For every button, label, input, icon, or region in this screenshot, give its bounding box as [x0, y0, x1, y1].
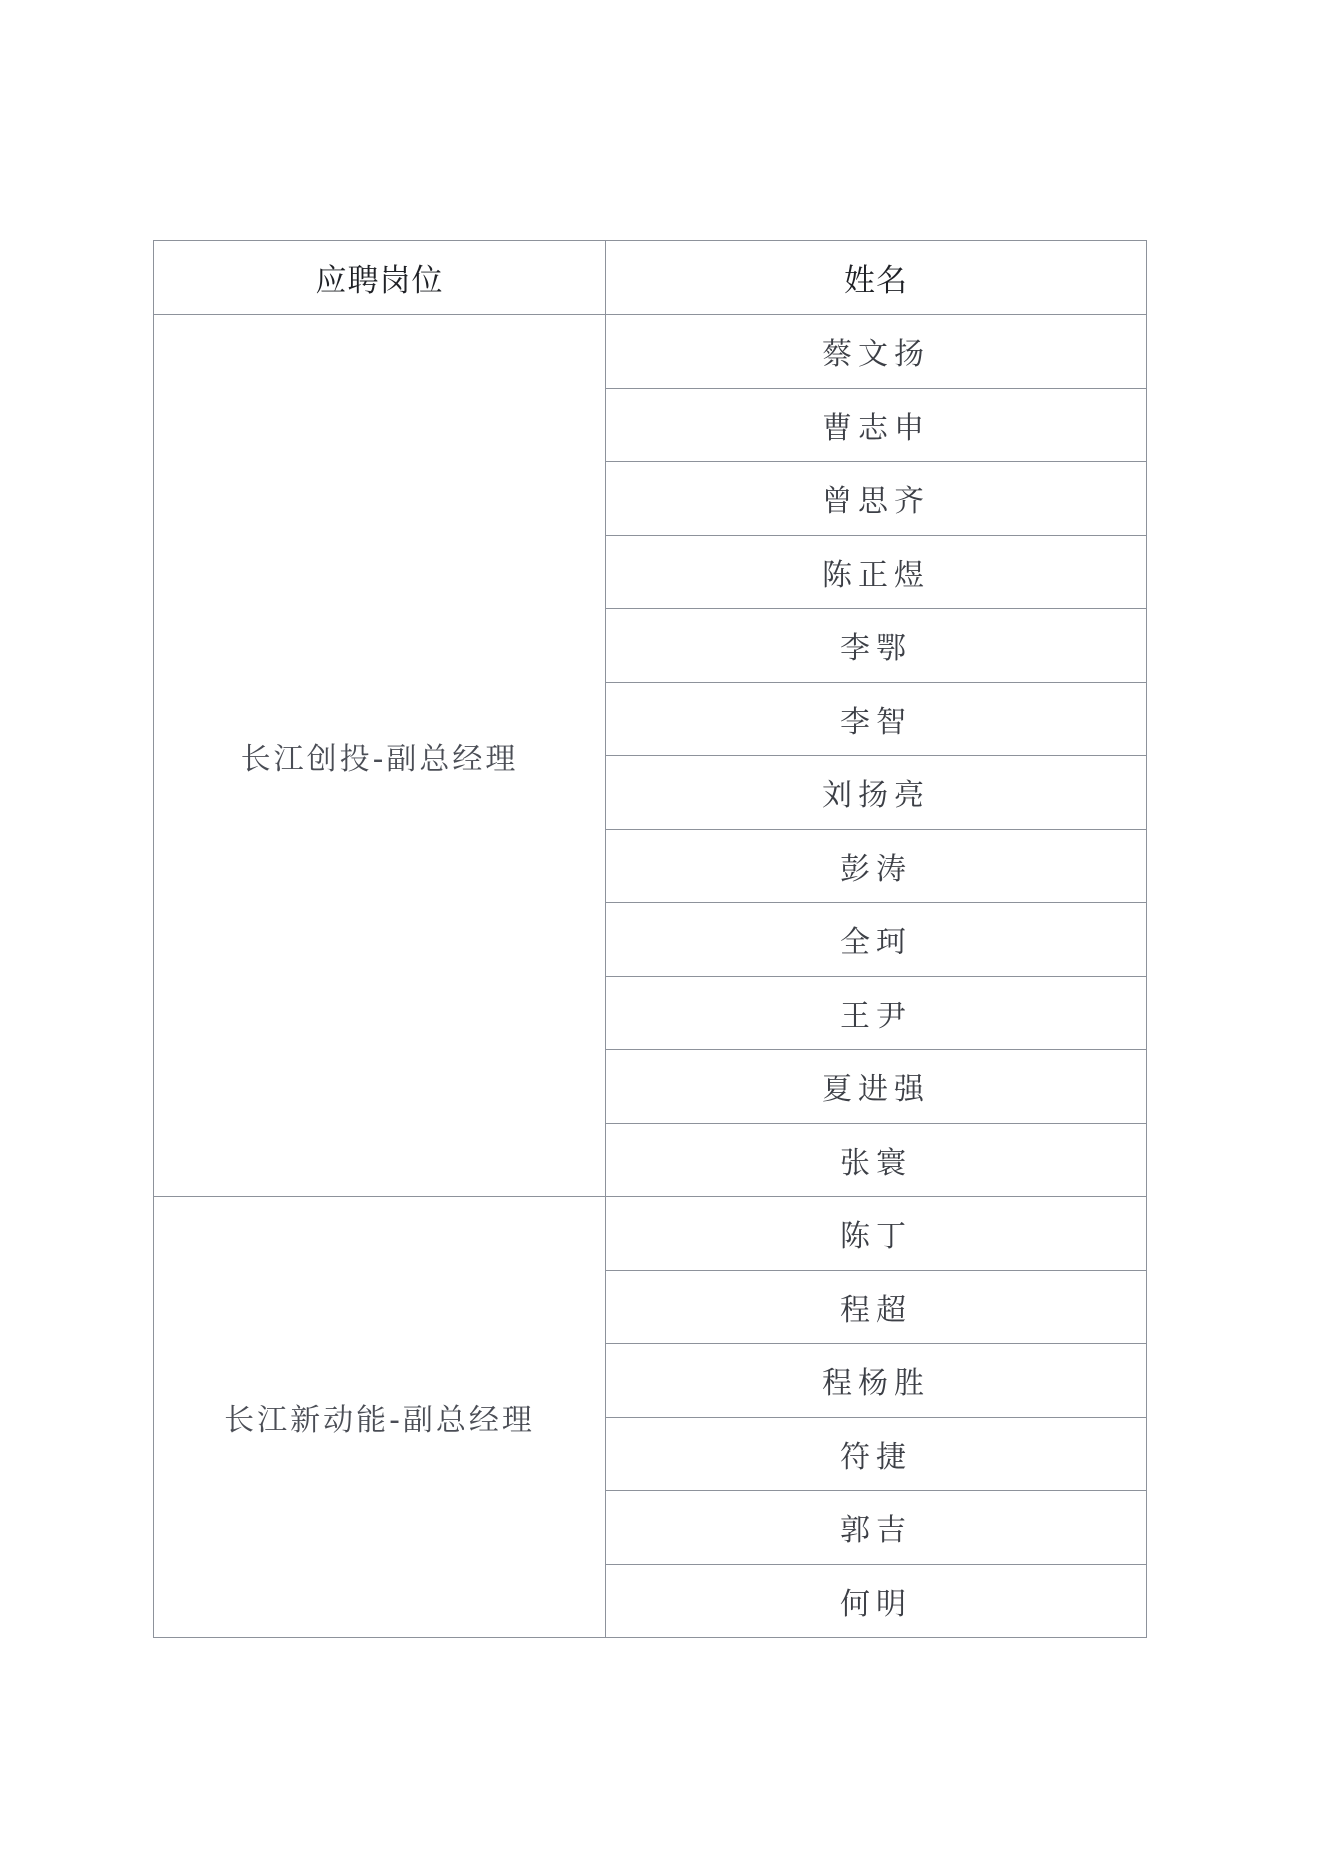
name-cell: 程超	[606, 1270, 1147, 1344]
name-cell: 李智	[606, 682, 1147, 756]
applicant-table: 应聘岗位 姓名 长江创投-副总经理 蔡文扬 曹志申 曾思齐 陈正煜 李鄂 李智 …	[153, 240, 1147, 1638]
name-cell: 王尹	[606, 976, 1147, 1050]
name-cell: 何明	[606, 1564, 1147, 1638]
name-cell: 夏进强	[606, 1050, 1147, 1124]
table-header-row: 应聘岗位 姓名	[154, 241, 1147, 315]
header-position: 应聘岗位	[154, 241, 606, 315]
position-cell: 长江创投-副总经理	[154, 315, 606, 1197]
document-page: 应聘岗位 姓名 长江创投-副总经理 蔡文扬 曹志申 曾思齐 陈正煜 李鄂 李智 …	[0, 0, 1322, 1871]
name-cell: 郭吉	[606, 1491, 1147, 1565]
name-cell: 符捷	[606, 1417, 1147, 1491]
position-cell: 长江新动能-副总经理	[154, 1197, 606, 1638]
name-cell: 曾思齐	[606, 462, 1147, 536]
name-cell: 曹志申	[606, 388, 1147, 462]
name-cell: 程杨胜	[606, 1344, 1147, 1418]
header-name: 姓名	[606, 241, 1147, 315]
table-row: 长江创投-副总经理 蔡文扬	[154, 315, 1147, 389]
name-cell: 蔡文扬	[606, 315, 1147, 389]
name-cell: 李鄂	[606, 609, 1147, 683]
name-cell: 陈正煜	[606, 535, 1147, 609]
name-cell: 张寰	[606, 1123, 1147, 1197]
table-row: 长江新动能-副总经理 陈丁	[154, 1197, 1147, 1271]
name-cell: 彭涛	[606, 829, 1147, 903]
name-cell: 陈丁	[606, 1197, 1147, 1271]
name-cell: 全珂	[606, 903, 1147, 977]
name-cell: 刘扬亮	[606, 756, 1147, 830]
